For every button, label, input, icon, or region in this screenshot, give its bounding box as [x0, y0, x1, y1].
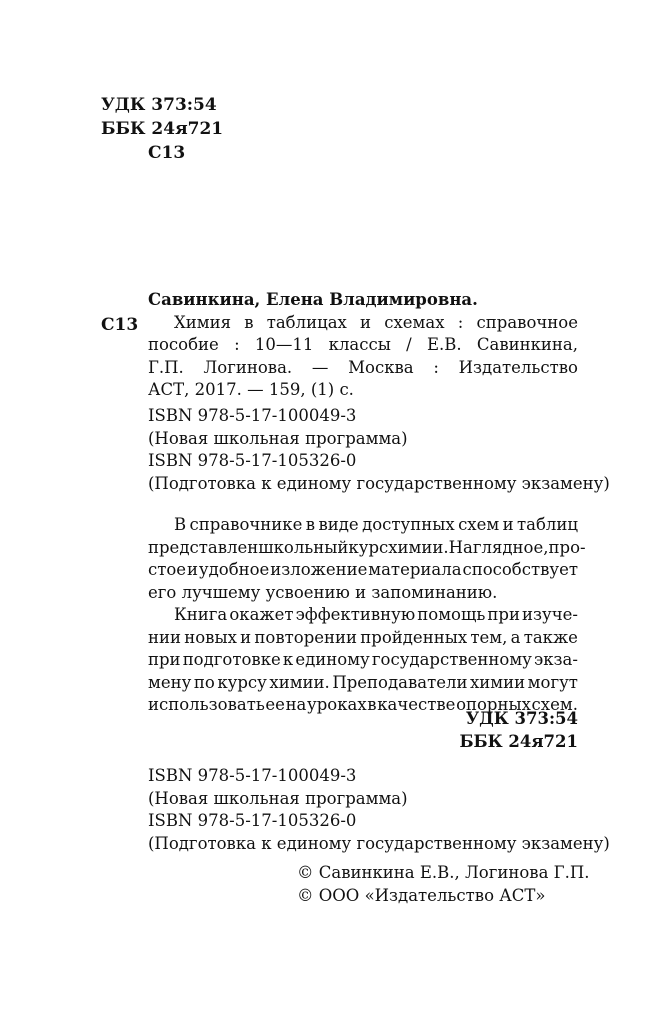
isbn-line: ISBN 978-5-17-105326-0: [148, 810, 578, 833]
word: —: [312, 357, 329, 380]
word: изуче-: [522, 604, 578, 627]
word: в: [306, 514, 315, 537]
word: химии.: [269, 672, 329, 695]
word: Е.В.: [427, 334, 462, 357]
word: курсу: [217, 672, 267, 695]
word: помощь: [417, 604, 485, 627]
word: эффективную: [296, 604, 416, 627]
bibliographic-record: Савинкина, Елена Владимировна. Химиявтаб…: [148, 289, 578, 402]
cutter-mark: С13: [101, 314, 138, 337]
word: Книга: [174, 604, 227, 627]
word: ее: [265, 694, 285, 717]
isbn-line: ISBN 978-5-17-100049-3: [148, 765, 578, 788]
word: :: [433, 357, 439, 380]
annotation-line: стоеиудобноеизложениематериаласпособству…: [148, 559, 578, 582]
description-line: Г.П.Логинова.—Москва:Издательство: [148, 357, 578, 380]
word: и: [360, 312, 371, 335]
isbn-block-top: ISBN 978-5-17-100049-3 (Новая школьная п…: [148, 405, 578, 495]
word: нии: [148, 627, 181, 650]
annotation-line: приподготовкекединомугосударственномуэкз…: [148, 649, 578, 672]
annotation-line: представленшкольныйкурсхимии.Наглядное,п…: [148, 537, 578, 560]
annotation-line: нииновыхиповторениипройденныхтем,атакже: [148, 627, 578, 650]
word: Химия: [174, 312, 231, 335]
copyright-authors: © Савинкина Е.В., Логинова Г.П.: [297, 862, 589, 885]
annotation: Всправочникеввидедоступныхсхемитаблиц пр…: [148, 514, 578, 717]
bbk-code: ББК 24я721: [101, 117, 223, 141]
isbn-block-bottom: ISBN 978-5-17-100049-3 (Новая школьная п…: [148, 765, 578, 855]
word: про-: [549, 537, 586, 560]
word: могут: [528, 672, 578, 695]
classification-codes-top: УДК 373:54 ББК 24я721 С13: [101, 93, 223, 165]
word: материала: [368, 559, 461, 582]
word: к: [283, 649, 293, 672]
word: /: [406, 334, 412, 357]
bbk-code: ББК 24я721: [459, 731, 578, 754]
cutter-code: С13: [101, 141, 223, 165]
word: схемах: [384, 312, 444, 335]
word: пособие: [148, 334, 219, 357]
word: на: [286, 694, 307, 717]
word: химии.: [388, 537, 448, 560]
word: повторении: [254, 627, 357, 650]
word: по: [194, 672, 215, 695]
word: 10—11: [255, 334, 314, 357]
description-line: Химиявтаблицахисхемах:справочное: [148, 312, 578, 335]
word: классы: [329, 334, 391, 357]
word: использовать: [148, 694, 265, 717]
word: подготовке: [183, 649, 281, 672]
word: стое: [148, 559, 186, 582]
classification-codes-bottom: УДК 373:54 ББК 24я721: [459, 708, 578, 753]
word: уроках: [307, 694, 367, 717]
word: схем: [458, 514, 499, 537]
copyright-block: © Савинкина Е.В., Логинова Г.П. © ООО «И…: [297, 862, 589, 907]
word: качестве: [377, 694, 455, 717]
word: единому: [295, 649, 369, 672]
word: таблицах: [267, 312, 347, 335]
word: государственному: [372, 649, 532, 672]
word: представлен: [148, 537, 258, 560]
word: экза-: [534, 649, 578, 672]
word: курс: [348, 537, 388, 560]
series-line: (Новая школьная программа): [148, 788, 578, 811]
word: доступных: [362, 514, 455, 537]
word: справочнике: [190, 514, 303, 537]
annotation-line: менупокурсухимии.Преподавателихимиимогут: [148, 672, 578, 695]
word: способствует: [462, 559, 578, 582]
annotation-line: его лучшему усвоению и запоминанию.: [148, 582, 578, 605]
author-heading: Савинкина, Елена Владимировна.: [148, 289, 578, 312]
series-line: (Новая школьная программа): [148, 428, 578, 451]
udk-code: УДК 373:54: [459, 708, 578, 731]
imprint-page: УДК 373:54 ББК 24я721 С13 Савинкина, Еле…: [0, 0, 662, 1034]
word: окажет: [229, 604, 293, 627]
word: изложение: [270, 559, 367, 582]
word: Наглядное,: [449, 537, 549, 560]
word: удобное: [199, 559, 269, 582]
isbn-line: ISBN 978-5-17-100049-3: [148, 405, 578, 428]
word: и: [503, 514, 514, 537]
word: в: [367, 694, 376, 717]
word: :: [234, 334, 240, 357]
word: виде: [318, 514, 358, 537]
word: справочное: [477, 312, 578, 335]
word: пройденных: [360, 627, 467, 650]
word: тем,: [470, 627, 507, 650]
word: в: [244, 312, 253, 335]
word: при: [487, 604, 520, 627]
copyright-publisher: © ООО «Издательство АСТ»: [297, 885, 589, 908]
series-line: (Подготовка к единому государственному э…: [148, 473, 578, 496]
word: и: [240, 627, 251, 650]
word: Г.П.: [148, 357, 184, 380]
word: также: [524, 627, 578, 650]
annotation-line: Книгаокажетэффективнуюпомощьприизуче-: [148, 604, 578, 627]
series-line: (Подготовка к единому государственному э…: [148, 833, 578, 856]
word: школьный: [258, 537, 348, 560]
annotation-line: Всправочникеввидедоступныхсхемитаблиц: [148, 514, 578, 537]
word: :: [458, 312, 464, 335]
word: Преподаватели: [332, 672, 467, 695]
word: Издательство: [459, 357, 578, 380]
word: новых: [184, 627, 237, 650]
word: и: [187, 559, 198, 582]
word: мену: [148, 672, 191, 695]
word: Логинова.: [204, 357, 293, 380]
description-line: АСТ, 2017. — 159, (1) с.: [148, 379, 578, 402]
word: таблиц: [517, 514, 578, 537]
word: а: [511, 627, 521, 650]
word: Москва: [348, 357, 414, 380]
word: химии: [470, 672, 525, 695]
udk-code: УДК 373:54: [101, 93, 223, 117]
word: В: [174, 514, 186, 537]
description-line: пособие:10—11классы/Е.В.Савинкина,: [148, 334, 578, 357]
word: Савинкина,: [477, 334, 578, 357]
word: при: [148, 649, 181, 672]
isbn-line: ISBN 978-5-17-105326-0: [148, 450, 578, 473]
